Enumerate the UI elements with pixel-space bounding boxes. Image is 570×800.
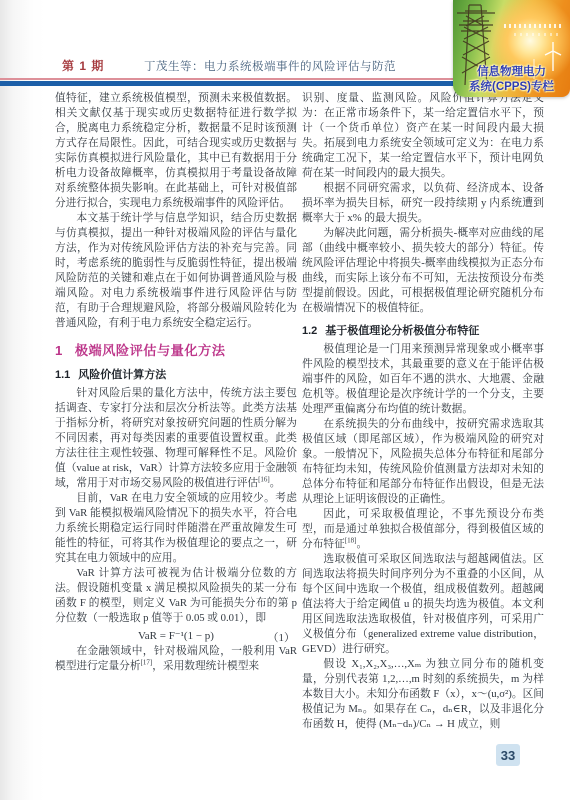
paragraph: 假设 X₁,X₂,X₃,…,Xₘ 为独立同分布的随机变量，分别代表第 1,2,…… (302, 657, 544, 732)
paragraph: 本文基于统计学与信息学知识，结合历史数据与仿真模拟，提出一种针对极端风险的评估与… (55, 211, 297, 331)
left-column: 值特征，建立系统极值模型，预测未来极值数据。相关文献仅基于现实或历史数据特征进行… (55, 91, 297, 674)
section-title: 极端风险评估与量化方法 (75, 343, 226, 358)
special-column-title-line2: 系统(CPPS)专栏 (453, 80, 570, 95)
section-number: 1 (55, 343, 63, 358)
citation-ref: [18] (345, 536, 357, 544)
section-title: 基于极值理论分析极值分布特征 (325, 325, 479, 337)
section-title: 风险价值计算方法 (78, 369, 166, 381)
running-title: 丁茂生等：电力系统极端事件的风险评估与防范 (120, 58, 420, 74)
citation-ref: [16] (258, 475, 270, 483)
special-column-title: 信息物理电力 系统(CPPS)专栏 (453, 65, 570, 94)
banner-decor-dots-2 (514, 33, 558, 36)
section-1-1-heading: 1.1风险价值计算方法 (55, 366, 297, 382)
paragraph: 值特征，建立系统极值模型，预测未来极值数据。相关文献仅基于现实或历史数据特征进行… (55, 91, 297, 211)
banner-decor-dots (504, 24, 562, 28)
paragraph: 因此，可采取极值理论，不事先预设分布类型，而是通过单独拟合极值部分，得到极值区域… (302, 507, 544, 552)
page-number: 33 (496, 744, 520, 766)
paragraph: 选取极值可采取区间选取法与超越阈值法。区间选取法将损失时间序列分为不重叠的小区间… (302, 552, 544, 657)
section-number: 1.1 (55, 369, 70, 381)
paragraph: 根据不同研究需求，以负荷、经济成本、设备损坏率为损失目标，研究一段持续期 y 内… (302, 181, 544, 226)
section-number: 1.2 (302, 325, 317, 337)
paragraph: VaR 计算方法可被视为估计极端分位数的方法。假设随机变量 x 满足模拟风险损失… (55, 566, 297, 626)
paragraph: 在系统损失的分布曲线中，按研究需求选取其极值区域（即尾部区域），作为极端风险的研… (302, 417, 544, 507)
journal-page: 第 1 期 丁茂生等：电力系统极端事件的风险评估与防范 (0, 0, 570, 800)
section-1-2-heading: 1.2基于极值理论分析极值分布特征 (302, 322, 544, 338)
paragraph: 在金融领域中，针对极端风险，一般利用 VaR 模型进行定量分析[17]，采用数理… (55, 644, 297, 674)
right-column: 识别、度量、监测风险。风险价值计算方法定义为：在正常市场条件下，某一给定置信水平… (302, 91, 544, 732)
special-column-title-line1: 信息物理电力 (453, 65, 570, 80)
section-1-heading: 1极端风险评估与量化方法 (55, 340, 297, 359)
paragraph: 识别、度量、监测风险。风险价值计算方法定义为：在正常市场条件下，某一给定置信水平… (302, 91, 544, 181)
paragraph: 极值理论是一门用来预测异常现象或小概率事件风险的模型技术，其最重要的意义在于能评… (302, 342, 544, 417)
paragraph: 目前，VaR 在电力安全领域的应用较少。考虑到 VaR 能模拟极端风险情况下的损… (55, 491, 297, 566)
special-column-banner: 信息物理电力 系统(CPPS)专栏 (453, 0, 570, 97)
paragraph: 为解决此问题，需分析损失-概率对应曲线的尾部（曲线中概率较小、损失较大的部分）特… (302, 226, 544, 316)
equation-1: VaR = F⁻¹(1 − p) （1） (55, 629, 297, 642)
issue-label: 第 1 期 (62, 57, 104, 74)
paragraph: 针对风险后果的量化方法中，传统方法主要包括调查、专家打分法和层次分析法等。此类方… (55, 386, 297, 491)
citation-ref: [17] (141, 658, 153, 666)
equation-body: VaR = F⁻¹(1 − p) (138, 630, 214, 642)
equation-number: （1） (268, 629, 296, 645)
